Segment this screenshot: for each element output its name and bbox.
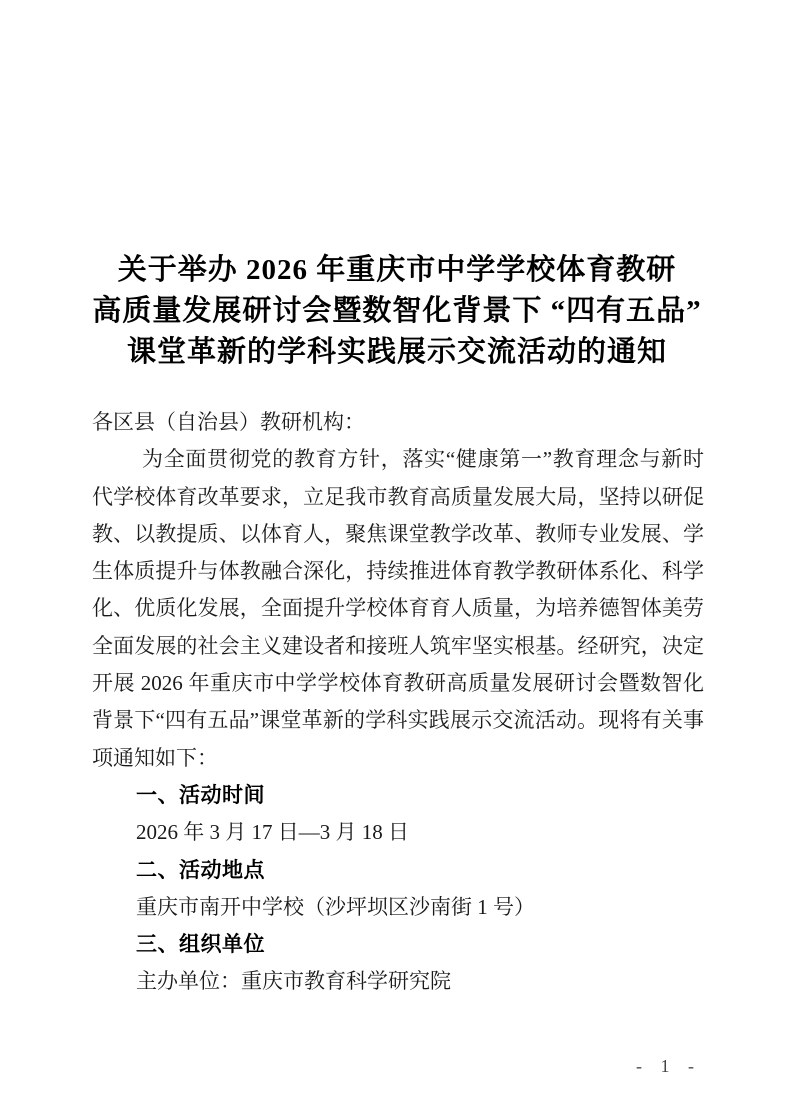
title-line-2: 高质量发展研讨会暨数智化背景下 “四有五品” bbox=[40, 291, 754, 332]
salutation: 各区县（自治县）教研机构： bbox=[92, 404, 704, 441]
section-heading-organizers: 三、组织单位 bbox=[92, 926, 704, 963]
document-title: 关于举办 2026 年重庆市中学学校体育教研 高质量发展研讨会暨数智化背景下 “… bbox=[40, 250, 754, 373]
section-body-activity-time: 2026 年 3 月 17 日—3 月 18 日 bbox=[92, 814, 704, 851]
section-heading-activity-time: 一、活动时间 bbox=[92, 777, 704, 814]
section-body-activity-location: 重庆市南开中学校（沙坪坝区沙南街 1 号） bbox=[92, 889, 704, 926]
section-body-organizers: 主办单位：重庆市教育科学研究院 bbox=[92, 963, 704, 1000]
document-page: 关于举办 2026 年重庆市中学学校体育教研 高质量发展研讨会暨数智化背景下 “… bbox=[0, 0, 794, 1108]
intro-paragraph: 为全面贯彻党的教育方针，落实“健康第一”教育理念与新时代学校体育改革要求，立足我… bbox=[92, 441, 704, 777]
title-line-1: 关于举办 2026 年重庆市中学学校体育教研 bbox=[40, 250, 754, 291]
title-line-3: 课堂革新的学科实践展示交流活动的通知 bbox=[40, 332, 754, 373]
page-number: - 1 - bbox=[636, 1056, 701, 1077]
section-heading-activity-location: 二、活动地点 bbox=[92, 852, 704, 889]
document-body: 各区县（自治县）教研机构： 为全面贯彻党的教育方针，落实“健康第一”教育理念与新… bbox=[92, 404, 704, 1001]
